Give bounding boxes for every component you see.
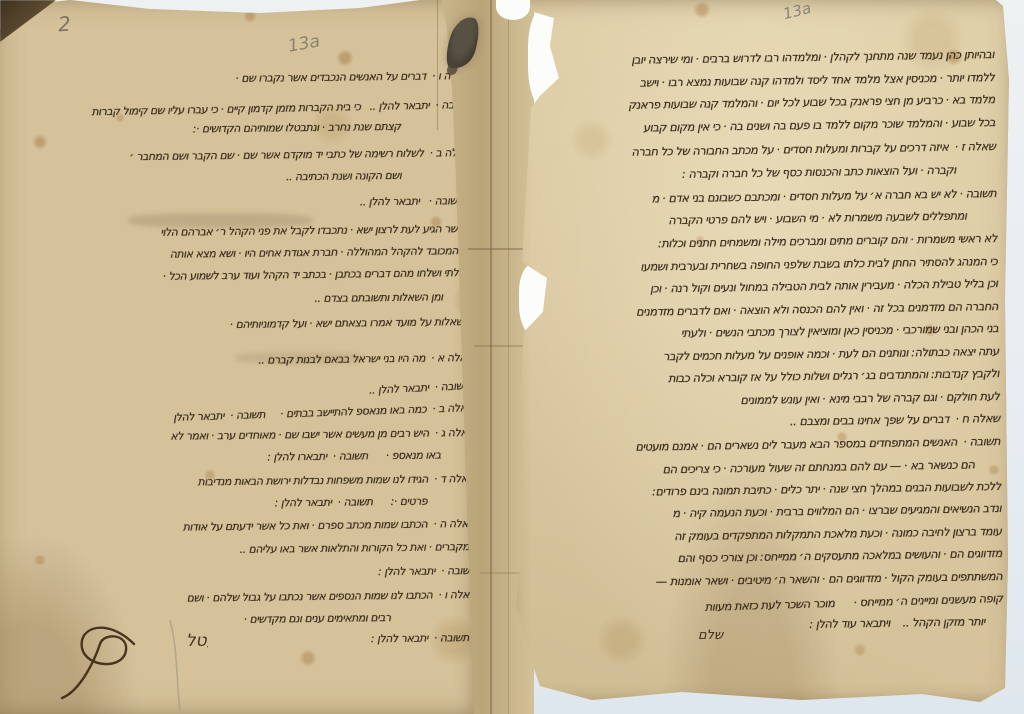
closing-word: שלם — [698, 628, 723, 643]
manuscript-line: תשובה · יתבאר להלן : — [371, 632, 469, 646]
manuscript-line: בני הכהן ובני שמורכבי · מכניסין כאן ומוצ… — [681, 322, 999, 340]
manuscript-line: תשובה · האנשים המתפחדים במספר הבא מעבר ל… — [635, 435, 1000, 454]
ink-smudge — [235, 352, 365, 364]
signature-text: עטל — [186, 631, 208, 651]
manuscript-line: רבים ומתאימים ענים ונם מקדשים · — [243, 612, 390, 626]
manuscript-line: תשובה · לא יש בא חברה א׳ על מעלות חסדים … — [651, 187, 996, 206]
pencil-stroke — [170, 620, 180, 710]
manuscript-line: ללמדו יותר · מכניסין אצל מלמד אחד ליסד ו… — [639, 71, 994, 90]
manuscript-line: יותר מזקן הקהל .. ויתבאר עוד להלן : — [809, 615, 985, 631]
manuscript-line: תשובה · יתבאר להלן : — [378, 565, 476, 579]
manuscript-line: שאלה ד · הגידו לנו שמות משפחות נבדלות יר… — [197, 473, 475, 489]
fold-crease-line — [490, 0, 492, 714]
manuscript-line: מזדווגים הם · והעושים במלאכה מתעסקים ה׳ … — [677, 547, 1001, 565]
manuscript-line: שאלה ג · היש רבים מן מעשים אשר ישבו שם ·… — [170, 427, 474, 443]
left-page: 2 13a שאלה ו · דברים על האנשים הנכבדים א… — [0, 0, 480, 714]
manuscript-line: תשובה · יתבאר להלן .. — [360, 195, 464, 209]
manuscript-line: לא ראשי משמרות · והם קוברים מתים ומברכים… — [658, 232, 997, 251]
manuscript-line: עתה יצאה כבתולה: ונותנים הם לעת · וכמה א… — [663, 345, 999, 363]
manuscript-line: תשובה · יתבאר להלן .. — [369, 380, 470, 397]
manuscript-line: מלמד בא · כרביע מן חצי פראנק בכל שבוע לכ… — [628, 93, 995, 112]
manuscript-line: הם כנשאר בא · — עם להם במנחתם זה שעול מע… — [662, 458, 974, 476]
manuscript-line: קצתם שנת נחרב · ונתבטלו שמותיהם הקדושים … — [193, 121, 401, 136]
signature: עטל — [38, 610, 208, 712]
fold-crease-line — [508, 0, 509, 714]
manuscript-line: שאלה ה · הכתבו שמות מכתב ספרם · ואת כל א… — [183, 518, 476, 534]
manuscript-line: שאלה ב · לשלוח רשימה של כתבי יד מוקדם אש… — [129, 147, 471, 164]
manuscript-line: שאלה ו · הכתבו לנו שמות הנספים אשר נכתבו… — [187, 589, 477, 605]
folio-label-left: 13a — [287, 31, 322, 56]
right-page: 13a ובהיותן כהן נעמד שנה מתחנך לקהלן · ו… — [502, 0, 1012, 710]
manuscript-line: שאלה ו · דברים על האנשים הנכבדים אשר נקב… — [235, 70, 470, 86]
manuscript-line: ומתפללים לשבעה משמרות לא · מי השבוע · וי… — [668, 209, 966, 227]
manuscript-line: החברה הם מזדמנים בכל זה · ואין להם הכנסה… — [636, 300, 998, 319]
manuscript-line: וכן בליל טבילת הכלה · מעבירין אותה לבית … — [650, 277, 998, 296]
manuscript-line: שאלה ב · כמה באו מנאספ להתיישב בבתים · ת… — [173, 402, 474, 425]
manuscript-line: ושם הקונה ושנת הכתיבה .. — [286, 170, 401, 184]
manuscript-line: לעת חולקם · וגם קברה של רבבי מינא · ואין… — [740, 390, 999, 407]
folio-label-right: 13a — [781, 0, 813, 23]
manuscript-line: היו המכובד להקהל המהוללה · חברת אגודת אח… — [170, 245, 473, 261]
manuscript-line: בכל שבוע · והמלמד שוכר מקום ללמד בו פעם … — [643, 116, 995, 135]
fold-crease-line — [437, 0, 438, 130]
manuscript-line: ולקבץ קנדבות: והמתנדבים בג׳ רגלים ושלות … — [668, 367, 999, 385]
manuscript-line: פרטים ·: תשובה · יתבאר להלן : — [274, 496, 427, 511]
manuscript-line: כי המנהג להסתיר החתן לבית כלתו בשבת שלפנ… — [640, 255, 997, 274]
right-page-text: ובהיותן כהן נעמד שנה מתחנך לקהלן · ומלמד… — [501, 0, 1022, 714]
manuscript-line: ונדב הנשיאים והמגיעים שברצו · הם המלווים… — [672, 502, 1001, 520]
manuscript-line: שאלה ח · דברים על שפך אחינו בבים ומצבם .… — [790, 412, 1000, 429]
manuscript-line: ללכת לשבועות הבנים במהלך חצי שנה · יתר כ… — [652, 480, 1001, 499]
manuscript-line: קופה מעשנים ומיינים ה׳ ממייחס · מוכר השכ… — [704, 592, 1002, 614]
manuscript-line: שאלתי ושלחו מהם דברים בכתבן · בכתב יד הק… — [162, 267, 472, 283]
manuscript-line: תשובה · יתבאר להלן .. כי בית הקברות מזמן… — [91, 99, 470, 119]
manuscript-line: עומד ברצון לחיבה כמונה · וכעת מלאכת התמק… — [674, 525, 1002, 543]
pencil-page-number: 2 — [57, 12, 71, 37]
manuscript-scan: 2 13a שאלה ו · דברים על האנשים הנכבדים א… — [0, 0, 1024, 714]
manuscript-line: ובהיותן כהן נעמד שנה מתחנך לקהלן · ומלמד… — [631, 48, 994, 67]
manuscript-line: שאלות על מועד אמרו בצאתם ישא · ועל קדמונ… — [229, 316, 463, 331]
manuscript-line: ומן השאלות ותשובתם בצדם .. — [314, 291, 443, 305]
manuscript-line: המקברים · ואת כל הקורות והתלאות אשר באו … — [239, 541, 475, 557]
signature-flourish — [62, 628, 134, 698]
manuscript-line: המשתתפים בעומק הקול · מזדווגים הם · והשא… — [655, 570, 1002, 589]
manuscript-line: שאלה ז · איזה דרכים על קברות ומעלות חסדי… — [631, 140, 995, 159]
ink-smudge — [128, 213, 313, 228]
manuscript-line: באו מנאספ · תשובה · יתבארו להלן : — [267, 449, 441, 464]
manuscript-line: וקברה · ועל הוצאות כתב והכנסות כסף של כל… — [682, 164, 956, 182]
